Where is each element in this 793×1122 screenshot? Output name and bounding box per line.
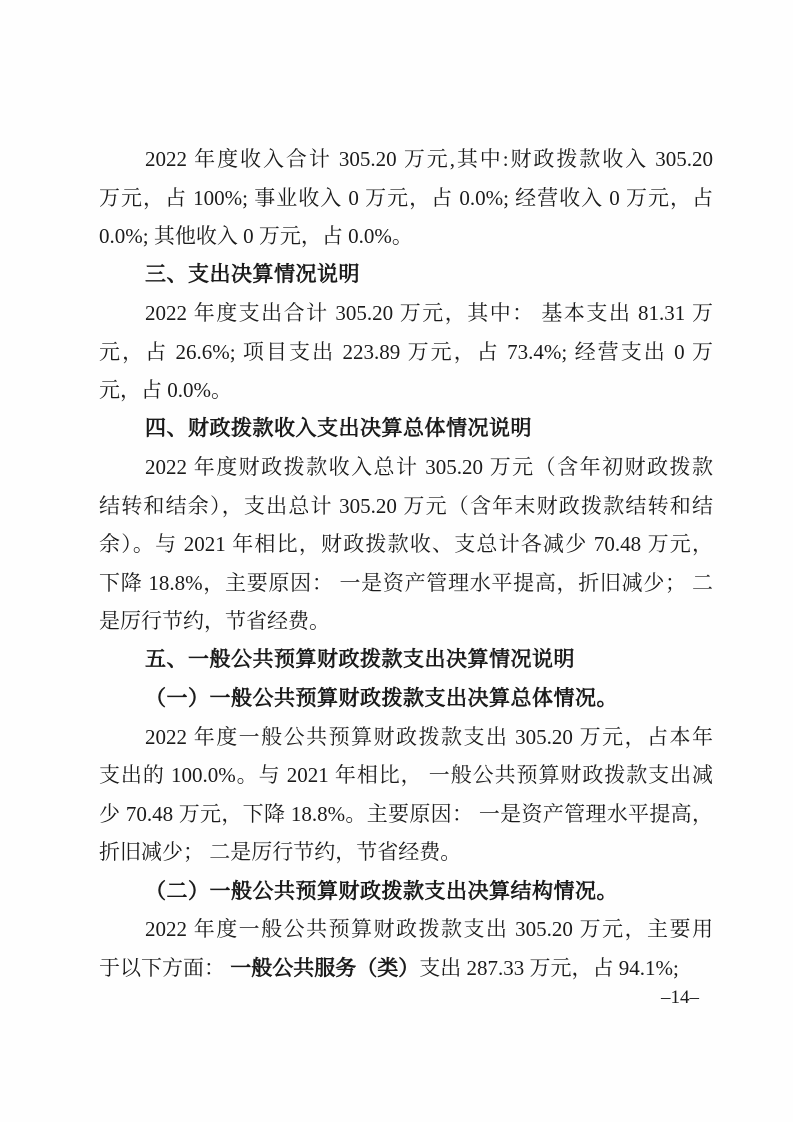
document-body: 2022 年度收入合计 305.20 万元,其中:财政拨款收入 305.20 万…: [99, 140, 713, 987]
text-line: 折旧减少； 二是厉行节约，节省经费。: [99, 833, 713, 872]
text-segment-bold: 一般公共服务（类）: [230, 956, 419, 980]
text-line: 于以下方面： 一般公共服务（类）支出 287.33 万元，占 94.1%;: [99, 949, 713, 988]
text-line: 结转和结余），支出总计 305.20 万元（含年末财政拨款结转和结: [99, 487, 713, 526]
page-number: –14–: [661, 986, 699, 1010]
text-segment: 于以下方面：: [99, 956, 230, 980]
subheading-structure-situation: （二）一般公共预算财政拨款支出决算结构情况。: [99, 872, 713, 911]
text-line: 2022 年度收入合计 305.20 万元,其中:财政拨款收入 305.20: [99, 140, 713, 179]
text-line: 2022 年度财政拨款收入总计 305.20 万元（含年初财政拨款: [99, 448, 713, 487]
section-heading-general-public-budget: 五、一般公共预算财政拨款支出决算情况说明: [99, 641, 713, 680]
text-line: 少 70.48 万元，下降 18.8%。主要原因： 一是资产管理水平提高，: [99, 795, 713, 834]
subheading-overall-situation: （一）一般公共预算财政拨款支出决算总体情况。: [99, 679, 713, 718]
text-line: 支出的 100.0%。与 2021 年相比， 一般公共预算财政拨款支出减: [99, 756, 713, 795]
text-line: 2022 年度一般公共预算财政拨款支出 305.20 万元，占本年: [99, 718, 713, 757]
text-line: 2022 年度支出合计 305.20 万元，其中： 基本支出 81.31 万: [99, 294, 713, 333]
section-heading-expenditure: 三、支出决算情况说明: [99, 256, 713, 295]
text-line: 是厉行节约，节省经费。: [99, 602, 713, 641]
text-line: 下降 18.8%，主要原因： 一是资产管理水平提高，折旧减少； 二: [99, 564, 713, 603]
document-page: 2022 年度收入合计 305.20 万元,其中:财政拨款收入 305.20 万…: [0, 0, 793, 1122]
text-line: 元，占 26.6%; 项目支出 223.89 万元，占 73.4%; 经营支出 …: [99, 333, 713, 372]
text-line: 元，占 0.0%。: [99, 371, 713, 410]
text-segment: 支出 287.33 万元，占 94.1%;: [419, 956, 679, 980]
text-line: 万元，占 100%; 事业收入 0 万元，占 0.0%; 经营收入 0 万元，占: [99, 179, 713, 218]
text-line: 0.0%; 其他收入 0 万元，占 0.0%。: [99, 217, 713, 256]
section-heading-fiscal-appropriation: 四、财政拨款收入支出决算总体情况说明: [99, 410, 713, 449]
text-line: 2022 年度一般公共预算财政拨款支出 305.20 万元，主要用: [99, 910, 713, 949]
text-line: 余）。与 2021 年相比，财政拨款收、支总计各减少 70.48 万元，: [99, 525, 713, 564]
